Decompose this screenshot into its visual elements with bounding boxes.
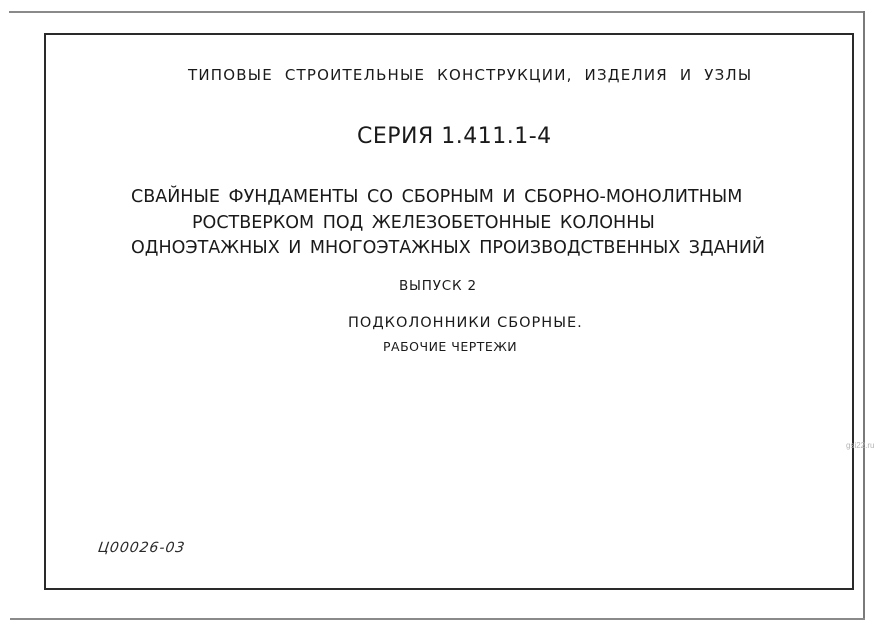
outer-frame-bottom-line	[10, 618, 865, 620]
series-title: СЕРИЯ 1.411.1-4	[357, 124, 552, 149]
title-line-2: РОСТВЕРКОМ ПОД ЖЕЛЕЗОБЕТОННЫЕ КОЛОННЫ	[192, 213, 655, 233]
title-line-1: СВАЙНЫЕ ФУНДАМЕНТЫ СО СБОРНЫМ И СБОРНО-М…	[131, 187, 742, 207]
document-code: Ц00026-03	[97, 540, 187, 556]
header-text: ТИПОВЫЕ СТРОИТЕЛЬНЫЕ КОНСТРУКЦИИ, ИЗДЕЛИ…	[188, 66, 752, 84]
issue-label: ВЫПУСК 2	[399, 278, 477, 294]
title-line-3: ОДНОЭТАЖНЫХ И МНОГОЭТАЖНЫХ ПРОИЗВОДСТВЕН…	[131, 238, 765, 258]
drawing-frame	[44, 33, 854, 590]
subtitle-line-2: РАБОЧИЕ ЧЕРТЕЖИ	[383, 339, 517, 354]
outer-frame-right-line	[863, 11, 865, 620]
outer-frame-top-line	[9, 11, 865, 13]
watermark: gsi22.ru	[846, 441, 874, 450]
subtitle-line-1: ПОДКОЛОННИКИ СБОРНЫЕ.	[348, 315, 583, 331]
